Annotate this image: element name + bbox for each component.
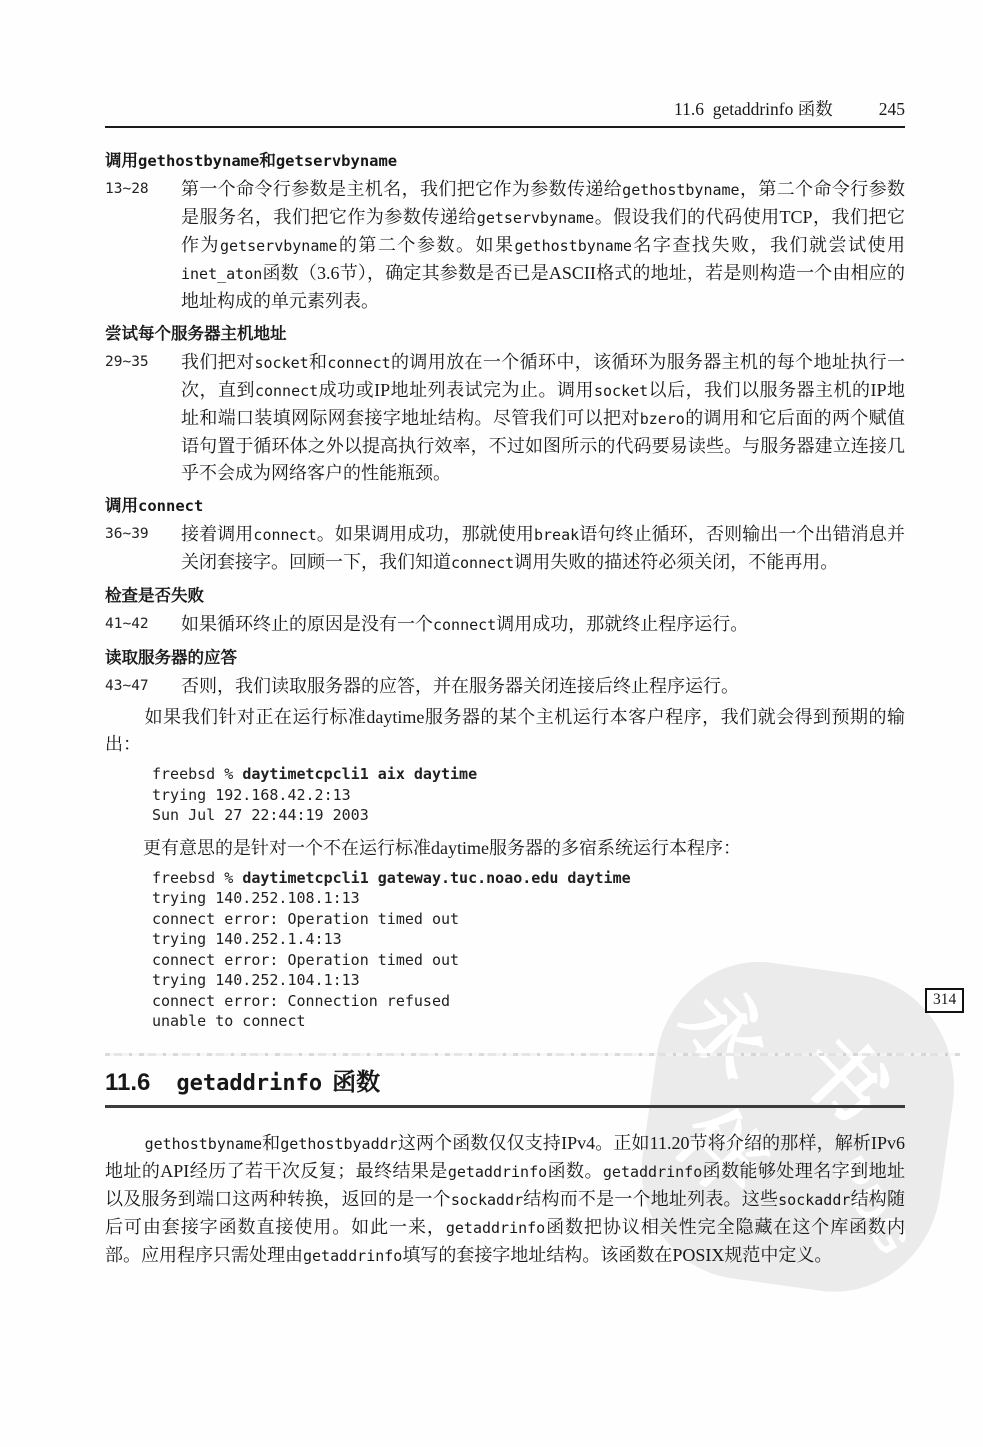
code-line: connect error: Operation timed out (152, 910, 905, 931)
book-page: 永 书 伴 PDG 11.6 getaddrinfo 函数 245 调用geth… (0, 0, 983, 1447)
numbered-paragraph: 29~35我们把对socket和connect的调用放在一个循环中，该循环为服务… (105, 349, 905, 487)
paragraph-subheading: 调用gethostbyname和getservbyname (105, 149, 905, 173)
text-segment: 调用 (105, 152, 138, 170)
section-heading-suffix: 函数 (332, 1062, 380, 1097)
code-line: freebsd % daytimetcpcli1 aix daytime (152, 765, 905, 786)
paragraph-text: 我们把对socket和connect的调用放在一个循环中，该循环为服务器主机的每… (181, 349, 905, 487)
paragraph-subheading: 检查是否失败 (105, 584, 905, 608)
section-heading: 11.6 getaddrinfo 函数 (105, 1062, 905, 1108)
text-segment: 和 (262, 1133, 280, 1153)
line-number-range: 41~42 (105, 611, 181, 639)
code-identifier: sockaddr (451, 1191, 523, 1209)
code-identifier: connect (138, 497, 203, 515)
text-segment: 如果我们针对正在运行标准daytime服务器的某个主机运行本客户程序，我们就会得… (105, 707, 905, 754)
text-segment: 名字查找失败，我们就尝试使用 (632, 235, 905, 255)
code-identifier: getaddrinfo (446, 1219, 545, 1237)
text-segment: 函数（3.6节），确定其参数是否已是ASCII格式的地址，若是则构造一个由相应的… (181, 263, 905, 311)
text-segment: 函数。 (547, 1161, 603, 1181)
terminal-output-block: freebsd % daytimetcpcli1 aix daytimetryi… (152, 765, 905, 827)
section-body: gethostbyname和gethostbyaddr这两个函数仅仅支持IPv4… (105, 1130, 905, 1270)
code-identifier: connect (433, 616, 496, 634)
text-segment: 调用成功，那就终止程序运行。 (496, 614, 748, 634)
text-segment: 读取服务器的应答 (105, 649, 237, 667)
code-line: trying 140.252.104.1:13 (152, 971, 905, 992)
code-identifier: connect (327, 354, 390, 372)
code-identifier: getaddrinfo (448, 1163, 547, 1181)
run-in-paragraph: 更有意思的是针对一个不在运行标准daytime服务器的多宿系统运行本程序： (143, 835, 905, 861)
main-text-column: 调用gethostbyname和getservbyname13~28第一个命令行… (105, 142, 905, 1273)
code-identifier: connect error: Operation timed out (152, 910, 459, 928)
text-segment: 如果循环终止的原因是没有一个 (181, 614, 433, 634)
line-number-range: 36~39 (105, 521, 181, 577)
code-line: trying 140.252.1.4:13 (152, 930, 905, 951)
code-identifier: sockaddr (778, 1191, 850, 1209)
body-paragraph: 如果我们针对正在运行标准daytime服务器的某个主机运行本客户程序，我们就会得… (105, 704, 905, 758)
code-identifier: trying 192.168.42.2:13 (152, 786, 351, 804)
margin-page-note: 314 (925, 988, 964, 1013)
text-segment: 更有意思的是针对一个不在运行标准daytime服务器的多宿系统运行本程序： (143, 838, 741, 858)
code-identifier: gethostbyname (138, 152, 259, 170)
text-segment: 否则，我们读取服务器的应答，并在服务器关闭连接后终止程序运行。 (181, 676, 739, 696)
code-identifier: getservbyname (220, 237, 337, 255)
header-rule (105, 126, 905, 128)
code-line: connect error: Operation timed out (152, 951, 905, 972)
paragraph-subheading: 调用connect (105, 494, 905, 518)
code-identifier: inet_aton (181, 265, 262, 283)
line-number-range: 43~47 (105, 673, 181, 700)
text-segment: 检查是否失败 (105, 587, 204, 605)
commentary-blocks: 调用gethostbyname和getservbyname13~28第一个命令行… (105, 149, 905, 1033)
code-identifier: connect (451, 554, 514, 572)
code-identifier: socket (594, 382, 648, 400)
code-line: Sun Jul 27 22:44:19 2003 (152, 806, 905, 827)
code-identifier: gethostbyname (622, 181, 739, 199)
code-line: trying 192.168.42.2:13 (152, 786, 905, 807)
code-identifier: getservbyname (477, 209, 594, 227)
section-heading-function-name: getaddrinfo (176, 1071, 322, 1096)
text-segment: 尝试每个服务器主机地址 (105, 325, 287, 343)
terminal-output-block: freebsd % daytimetcpcli1 gateway.tuc.noa… (152, 869, 905, 1033)
text-segment: 。如果调用成功，那就使用 (317, 524, 534, 544)
code-identifier: connect (255, 382, 318, 400)
code-identifier: break (534, 526, 579, 544)
paragraph-text: 接着调用connect。如果调用成功，那就使用break语句终止循环，否则输出一… (181, 521, 905, 577)
code-identifier: trying 140.252.108.1:13 (152, 889, 360, 907)
page-number: 245 (879, 99, 905, 120)
text-segment: 我们把对 (181, 352, 254, 372)
code-identifier: freebsd % (152, 869, 242, 887)
code-identifier: gethostbyaddr (280, 1135, 397, 1153)
scan-noise-line (105, 1053, 960, 1056)
text-segment: 接着调用 (181, 524, 253, 544)
text-segment: 的第二个参数。如果 (337, 235, 514, 255)
code-identifier: getservbyname (276, 152, 397, 170)
numbered-paragraph: 13~28第一个命令行参数是主机名，我们把它作为参数传递给gethostbyna… (105, 176, 905, 315)
code-identifier: socket (254, 354, 308, 372)
paragraph-subheading: 读取服务器的应答 (105, 646, 905, 670)
text-segment: 和 (259, 152, 276, 170)
running-head: 11.6 getaddrinfo 函数 245 (105, 96, 905, 121)
paragraph-text: 否则，我们读取服务器的应答，并在服务器关闭连接后终止程序运行。 (181, 673, 905, 700)
code-identifier: daytimetcpcli1 aix daytime (242, 765, 477, 783)
code-identifier: getaddrinfo (603, 1163, 702, 1181)
code-identifier: trying 140.252.1.4:13 (152, 930, 342, 948)
code-line: connect error: Connection refused (152, 992, 905, 1013)
code-identifier: daytimetcpcli1 gateway.tuc.noao.edu dayt… (242, 869, 630, 887)
code-identifier: connect error: Operation timed out (152, 951, 459, 969)
paragraph-text: 第一个命令行参数是主机名，我们把它作为参数传递给gethostbyname，第二… (181, 176, 905, 315)
code-identifier: freebsd % (152, 765, 242, 783)
code-identifier: gethostbyname (515, 237, 632, 255)
code-identifier: trying 140.252.104.1:13 (152, 971, 360, 989)
text-segment: 和 (309, 352, 328, 372)
running-head-section-title: getaddrinfo 函数 (713, 99, 833, 119)
code-identifier: unable to connect (152, 1012, 306, 1030)
code-identifier: connect (253, 526, 316, 544)
code-identifier: getaddrinfo (303, 1247, 402, 1265)
text-segment: 调用失败的描述符必须关闭，不能再用。 (514, 552, 838, 572)
numbered-paragraph: 41~42如果循环终止的原因是没有一个connect调用成功，那就终止程序运行。 (105, 611, 905, 639)
code-identifier: bzero (640, 410, 685, 428)
code-line: freebsd % daytimetcpcli1 gateway.tuc.noa… (152, 869, 905, 890)
numbered-paragraph: 36~39接着调用connect。如果调用成功，那就使用break语句终止循环，… (105, 521, 905, 577)
code-identifier: gethostbyname (145, 1135, 262, 1153)
code-line: trying 140.252.108.1:13 (152, 889, 905, 910)
paragraph-subheading: 尝试每个服务器主机地址 (105, 322, 905, 346)
running-head-title: 11.6 getaddrinfo 函数 (674, 96, 833, 121)
body-paragraph: gethostbyname和gethostbyaddr这两个函数仅仅支持IPv4… (105, 1130, 905, 1270)
section-heading-number: 11.6 (105, 1069, 150, 1097)
line-number-range: 29~35 (105, 349, 181, 487)
text-segment: 第一个命令行参数是主机名，我们把它作为参数传递给 (181, 179, 622, 199)
text-segment: 调用 (105, 497, 138, 515)
text-segment: 成功或IP地址列表试完为止。调用 (318, 380, 594, 400)
paragraph-text: 如果循环终止的原因是没有一个connect调用成功，那就终止程序运行。 (181, 611, 905, 639)
code-identifier: connect error: Connection refused (152, 992, 450, 1010)
line-number-range: 13~28 (105, 176, 181, 315)
numbered-paragraph: 43~47否则，我们读取服务器的应答，并在服务器关闭连接后终止程序运行。 (105, 673, 905, 700)
code-identifier: Sun Jul 27 22:44:19 2003 (152, 806, 369, 824)
text-segment: 填写的套接字地址结构。该函数在POSIX规范中定义。 (402, 1245, 832, 1265)
running-head-section-number: 11.6 (674, 99, 704, 119)
text-segment: 结构而不是一个地址列表。这些 (523, 1189, 778, 1209)
code-line: unable to connect (152, 1012, 905, 1033)
